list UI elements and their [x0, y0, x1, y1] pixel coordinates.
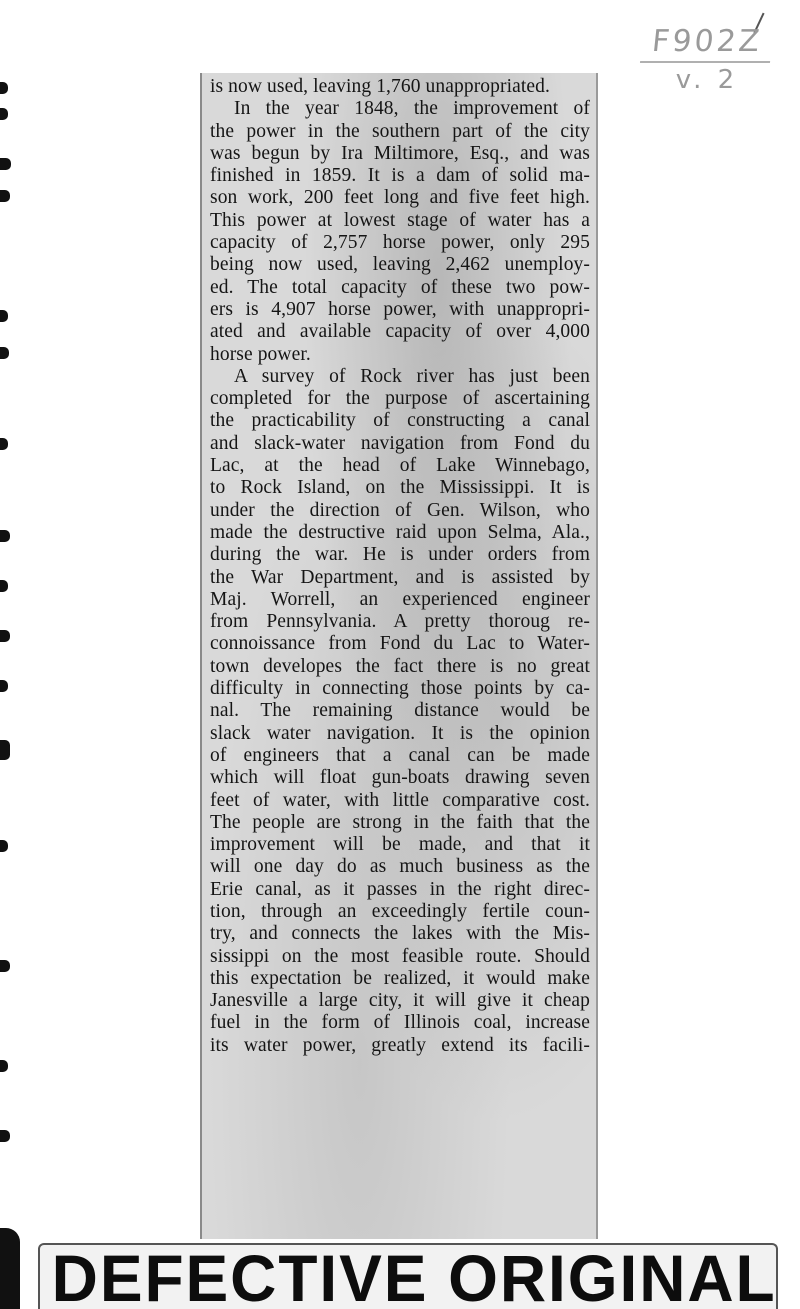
article-line: horse power.: [210, 344, 590, 366]
article-line: being now used, leaving 2,462 unemploy-: [210, 254, 590, 276]
binding-hole-mark: [0, 1130, 10, 1142]
defective-original-stamp: DEFECTIVE ORIGINAL: [38, 1243, 778, 1309]
binding-hole-mark: [0, 680, 8, 692]
article-line: will one day do as much business as the: [210, 856, 590, 878]
binding-hole-mark: [0, 630, 10, 642]
binding-hole-mark: [0, 347, 9, 359]
binding-hole-mark: [0, 158, 11, 170]
binding-hole-mark: [0, 82, 8, 94]
article-body: is now used, leaving 1,760 unappropriate…: [210, 76, 590, 1057]
article-line: ers is 4,907 horse power, with unappropr…: [210, 299, 590, 321]
article-line: made the destructive raid upon Selma, Al…: [210, 522, 590, 544]
article-line: the War Department, and is assisted by: [210, 567, 590, 589]
article-line: fuel in the form of Illinois coal, incre…: [210, 1012, 590, 1034]
binding-hole-mark: [0, 530, 10, 542]
corner-blot: [0, 1228, 20, 1309]
article-line: completed for the purpose of ascertainin…: [210, 388, 590, 410]
article-line: during the war. He is under orders from: [210, 544, 590, 566]
binding-hole-mark: [0, 1060, 8, 1072]
article-line: to Rock Island, on the Mississippi. It i…: [210, 477, 590, 499]
article-line: Lac, at the head of Lake Winnebago,: [210, 455, 590, 477]
article-line: difficulty in connecting those points by…: [210, 678, 590, 700]
article-line: In the year 1848, the improvement of: [210, 98, 590, 120]
binding-hole-mark: [0, 190, 10, 202]
article-line: try, and connects the lakes with the Mis…: [210, 923, 590, 945]
article-line: ated and available capacity of over 4,00…: [210, 321, 590, 343]
binding-edge: [0, 60, 14, 1260]
article-line: of engineers that a canal can be made: [210, 745, 590, 767]
article-line: town developes the fact there is no grea…: [210, 656, 590, 678]
binding-hole-mark: [0, 580, 8, 592]
article-line: capacity of 2,757 horse power, only 295: [210, 232, 590, 254]
article-line: slack water navigation. It is the opinio…: [210, 723, 590, 745]
article-line: this expectation be realized, it would m…: [210, 968, 590, 990]
article-line: improvement will be made, and that it: [210, 834, 590, 856]
stamp-text: DEFECTIVE ORIGINAL: [40, 1245, 754, 1309]
newspaper-clipping: is now used, leaving 1,760 unappropriate…: [200, 73, 598, 1239]
article-line: under the direction of Gen. Wilson, who: [210, 500, 590, 522]
article-line: connoissance from Fond du Lac to Water-: [210, 633, 590, 655]
article-line: ed. The total capacity of these two pow-: [210, 277, 590, 299]
article-line: which will float gun-boats drawing seven: [210, 767, 590, 789]
article-line: Janesville a large city, it will give it…: [210, 990, 590, 1012]
article-line: This power at lowest stage of water has …: [210, 210, 590, 232]
catalog-note: F902Z v. 2: [632, 18, 782, 95]
article-line: its water power, greatly extend its faci…: [210, 1035, 590, 1057]
article-line: feet of water, with little comparative c…: [210, 790, 590, 812]
article-line: is now used, leaving 1,760 unappropriate…: [210, 76, 590, 98]
article-line: tion, through an exceedingly fertile cou…: [210, 901, 590, 923]
article-line: nal. The remaining distance would be: [210, 700, 590, 722]
volume-number: v. 2: [632, 65, 782, 95]
binding-hole-mark: [0, 840, 8, 852]
article-line: Maj. Worrell, an experienced engineer: [210, 589, 590, 611]
binding-hole-mark: [0, 108, 8, 120]
binding-hole-mark: [0, 310, 8, 322]
article-line: from Pennsylvania. A pretty thoroug re-: [210, 611, 590, 633]
article-line: finished in 1859. It is a dam of solid m…: [210, 165, 590, 187]
article-line: was begun by Ira Miltimore, Esq., and wa…: [210, 143, 590, 165]
article-line: the practicability of constructing a can…: [210, 410, 590, 432]
article-line: and slack-water navigation from Fond du: [210, 433, 590, 455]
call-number: F902Z: [640, 24, 774, 63]
binding-hole-mark: [0, 960, 10, 972]
article-line: the power in the southern part of the ci…: [210, 121, 590, 143]
article-line: sissippi on the most feasible route. Sho…: [210, 946, 590, 968]
article-line: Erie canal, as it passes in the right di…: [210, 879, 590, 901]
binding-hole-mark: [0, 438, 8, 450]
article-line: son work, 200 feet long and five feet hi…: [210, 187, 590, 209]
binding-hole-mark: [0, 740, 10, 760]
article-line: A survey of Rock river has just been: [210, 366, 590, 388]
article-line: The people are strong in the faith that …: [210, 812, 590, 834]
